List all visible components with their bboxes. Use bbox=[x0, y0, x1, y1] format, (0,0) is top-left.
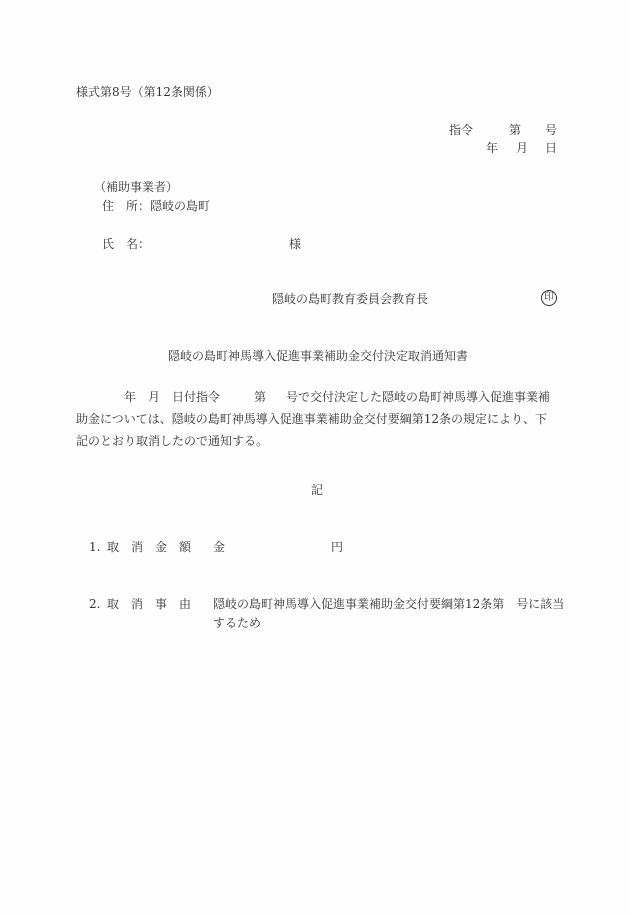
seal-icon: 印 bbox=[541, 290, 557, 306]
name-label: 氏 名： bbox=[102, 237, 150, 251]
ref-shirei: 指令 bbox=[449, 123, 473, 137]
body-rest: 助金については、隠岐の島町神馬導入促進事業補助金交付要綱第12条の規定により、下… bbox=[76, 412, 547, 448]
item2-reason-cont: するため bbox=[213, 616, 261, 630]
item1-label: 取 消 金 額 bbox=[107, 540, 191, 554]
document-title: 隠岐の島町神馬導入促進事業補助金交付決定取消通知書 bbox=[168, 349, 468, 363]
address-value: 隠岐の島町 bbox=[150, 199, 210, 213]
honorific: 様 bbox=[289, 237, 301, 251]
ref-go: 号 bbox=[545, 123, 557, 137]
body-text: 年 月 日付指令第号で交付決定した隠岐の島町神馬導入促進事業補助金については、隠… bbox=[76, 386, 558, 452]
item2-label: 取 消 事 由 bbox=[107, 597, 191, 611]
recipient-label: （補助事業者） bbox=[94, 180, 178, 194]
body-line1: 号で交付決定した隠岐の島町神馬導入促進事業補 bbox=[286, 390, 550, 404]
ref-dai: 第 bbox=[509, 123, 521, 137]
body-dai: 第 bbox=[254, 390, 266, 404]
item2-reason: 隠岐の島町神馬導入促進事業補助金交付要綱第12条第 号に該当 bbox=[213, 597, 564, 611]
date-day: 日 bbox=[545, 141, 557, 155]
ki-heading: 記 bbox=[311, 483, 323, 497]
form-number: 様式第8号（第12条関係） bbox=[76, 85, 219, 99]
body-date: 年 月 日付指令 bbox=[124, 390, 220, 404]
item2-number: 2. bbox=[89, 597, 100, 611]
item1-number: 1. bbox=[89, 540, 100, 554]
date-year: 年 bbox=[486, 141, 498, 155]
item1-kin: 金 bbox=[213, 540, 225, 554]
issuer: 隠岐の島町教育委員会教育長 bbox=[272, 292, 428, 306]
item1-en: 円 bbox=[331, 540, 343, 554]
date-month: 月 bbox=[516, 141, 528, 155]
address-line: 住 所：隠岐の島町 bbox=[102, 199, 210, 213]
address-label: 住 所： bbox=[102, 199, 150, 213]
